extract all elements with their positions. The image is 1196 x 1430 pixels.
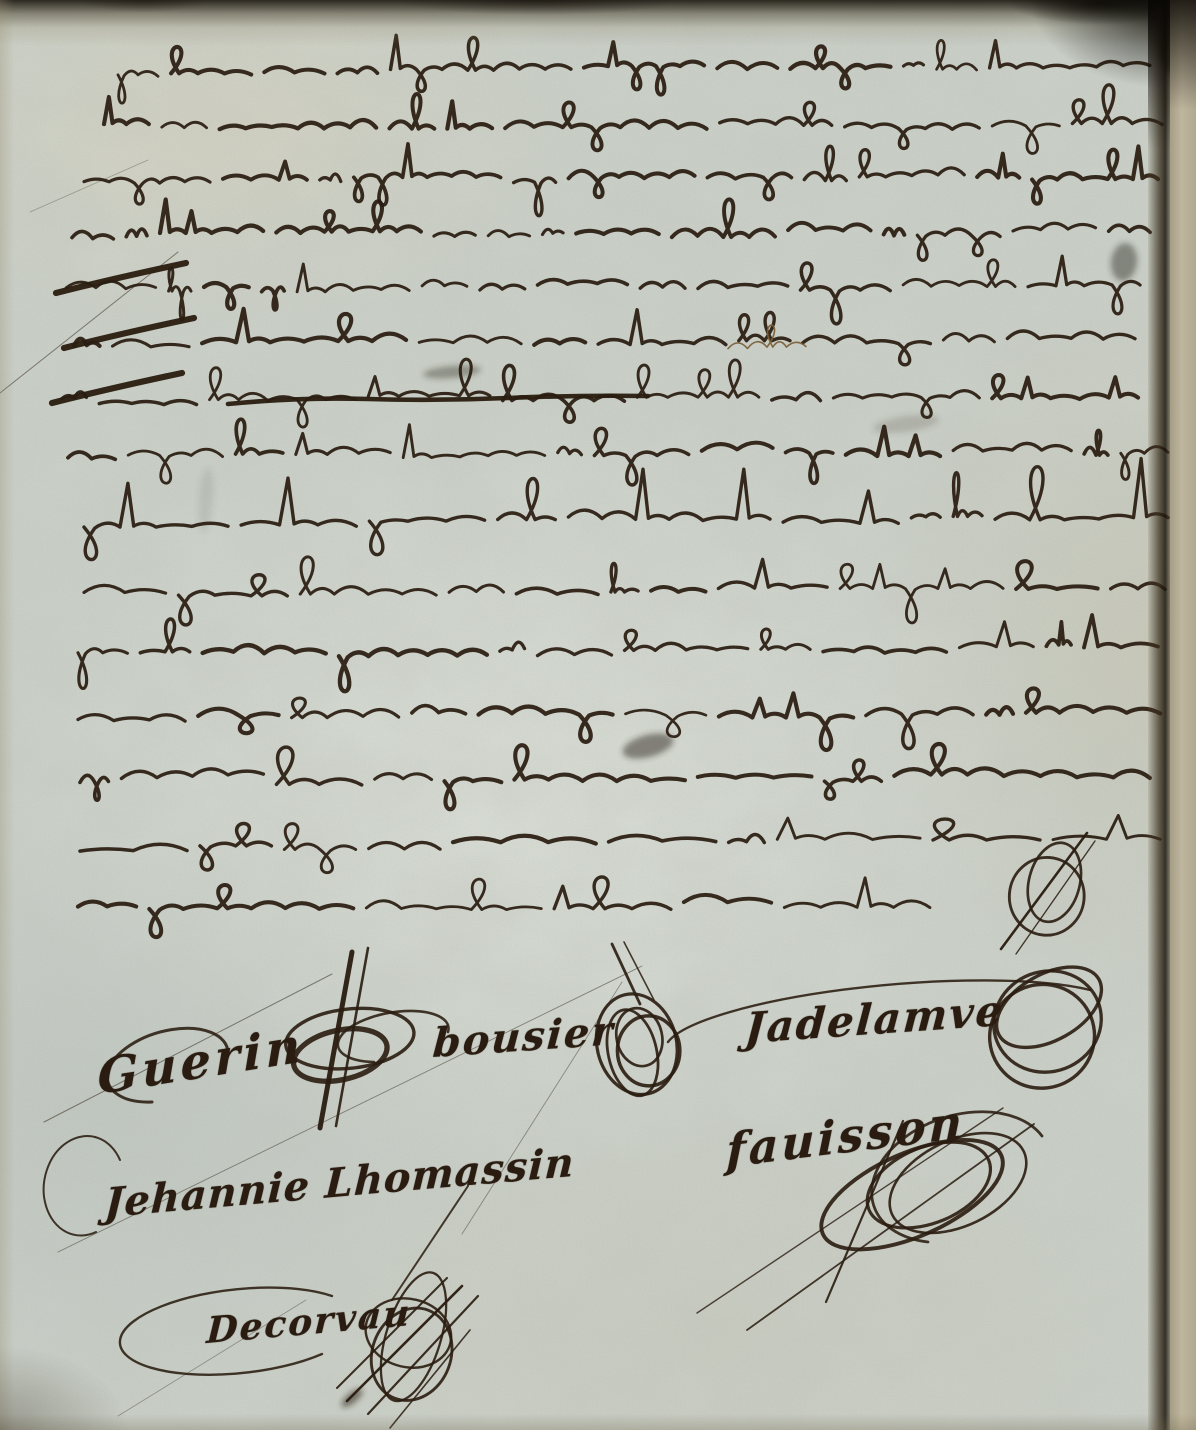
ink-stain bbox=[1158, 5, 1194, 75]
manuscript-photo: Guerin bousier Jadelamve fauisson Jehann… bbox=[0, 0, 1196, 1430]
handwriting-ink-layer bbox=[0, 0, 1196, 1430]
